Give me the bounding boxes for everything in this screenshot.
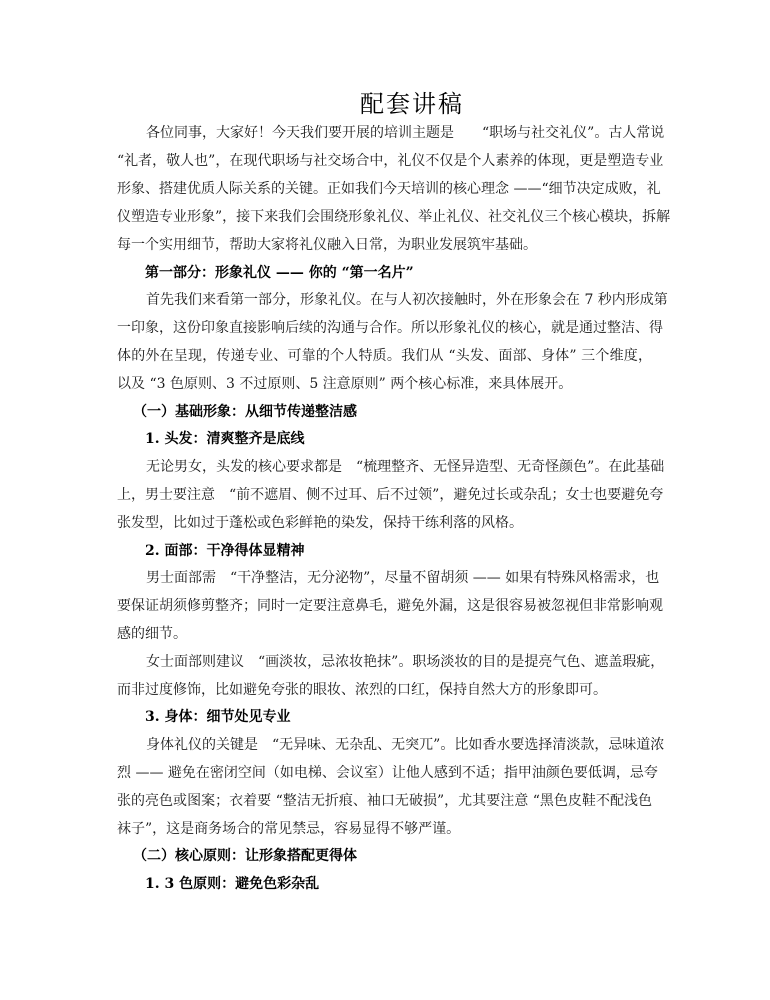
document-page: 配套讲稿 各位同事，大家好！今天我们要开展的培训主题是 “职场与社交礼仪”。古人…	[0, 0, 770, 1000]
paragraph-line: 男士面部需 “干净整洁，无分泌物”，尽量不留胡须 —— 如果有特殊风格需求，也	[146, 564, 652, 592]
subsection-heading: （一）基础形象：从细节传递整洁感	[133, 398, 357, 426]
paragraph-line: 要保证胡须修剪整齐；同时一定要注意鼻毛，避免外漏，这是很容易被忽视但非常影响观	[117, 592, 652, 620]
paragraph-line: 感的细节。	[117, 620, 652, 648]
paragraph-line: 每一个实用细节，帮助大家将礼仪融入日常，为职业发展筑牢基础。	[117, 231, 652, 259]
paragraph-line: 烈 —— 避免在密闭空间（如电梯、会议室）让他人感到不适；指甲油颜色要低调，忌夸	[117, 759, 652, 787]
paragraph-line: 身体礼仪的关键是 “无异味、无杂乱、无突兀”。比如香水要选择清淡款，忌味道浓	[146, 731, 652, 759]
item-heading: 1. 头发：清爽整齐是底线	[145, 425, 305, 453]
paragraph-line: 张发型，比如过于蓬松或色彩鲜艳的染发，保持干练利落的风格。	[117, 509, 652, 537]
item-heading: 1. 3 色原则：避免色彩杂乱	[145, 870, 319, 898]
paragraph-line: 无论男女，头发的核心要求都是 “梳理整齐、无怪异造型、无奇怪颜色”。在此基础	[146, 453, 652, 481]
paragraph-line: 一印象，这份印象直接影响后续的沟通与合作。所以形象礼仪的核心，就是通过整洁、得	[117, 314, 652, 342]
item-heading: 2. 面部：干净得体显精神	[145, 537, 305, 565]
paragraph-line: “礼者，敬人也”，在现代职场与社交场合中，礼仪不仅是个人素养的体现，更是塑造专业	[117, 147, 652, 175]
document-title: 配套讲稿	[360, 89, 462, 119]
paragraph-line: 上，男士要注意 “前不遮眉、侧不过耳、后不过领”，避免过长或杂乱；女士也要避免夸	[117, 481, 652, 509]
paragraph-line: 女士面部则建议 “画淡妆，忌浓妆艳抹”。职场淡妆的目的是提亮气色、遮盖瑕疵，	[146, 648, 652, 676]
paragraph-line: 形象、搭建优质人际关系的关键。正如我们今天培训的核心理念 ——“细节决定成败，礼	[117, 175, 652, 203]
paragraph-line: 以及 “3 色原则、3 不过原则、5 注意原则” 两个核心标准，来具体展开。	[117, 370, 652, 398]
subsection-heading: （二）核心原则：让形象搭配更得体	[133, 842, 357, 870]
paragraph-line: 而非过度修饰，比如避免夸张的眼妆、浓烈的口红，保持自然大方的形象即可。	[117, 676, 652, 704]
paragraph-line: 袜子”，这是商务场合的常见禁忌，容易显得不够严谨。	[117, 815, 652, 843]
paragraph-line: 首先我们来看第一部分，形象礼仪。在与人初次接触时，外在形象会在 7 秒内形成第	[146, 286, 652, 314]
item-heading: 3. 身体：细节处见专业	[145, 703, 291, 731]
section-heading: 第一部分：形象礼仪 —— 你的 “第一名片”	[145, 259, 414, 287]
paragraph-line: 仪塑造专业形象”，接下来我们会围绕形象礼仪、举止礼仪、社交礼仪三个核心模块，拆解	[117, 203, 652, 231]
paragraph-line: 各位同事，大家好！今天我们要开展的培训主题是 “职场与社交礼仪”。古人常说	[146, 119, 652, 147]
paragraph-line: 张的亮色或图案；衣着要 “整洁无折痕、袖口无破损”，尤其要注意 “黑色皮鞋不配浅…	[117, 787, 652, 815]
paragraph-line: 体的外在呈现，传递专业、可靠的个人特质。我们从 “头发、面部、身体” 三个维度，	[117, 342, 652, 370]
